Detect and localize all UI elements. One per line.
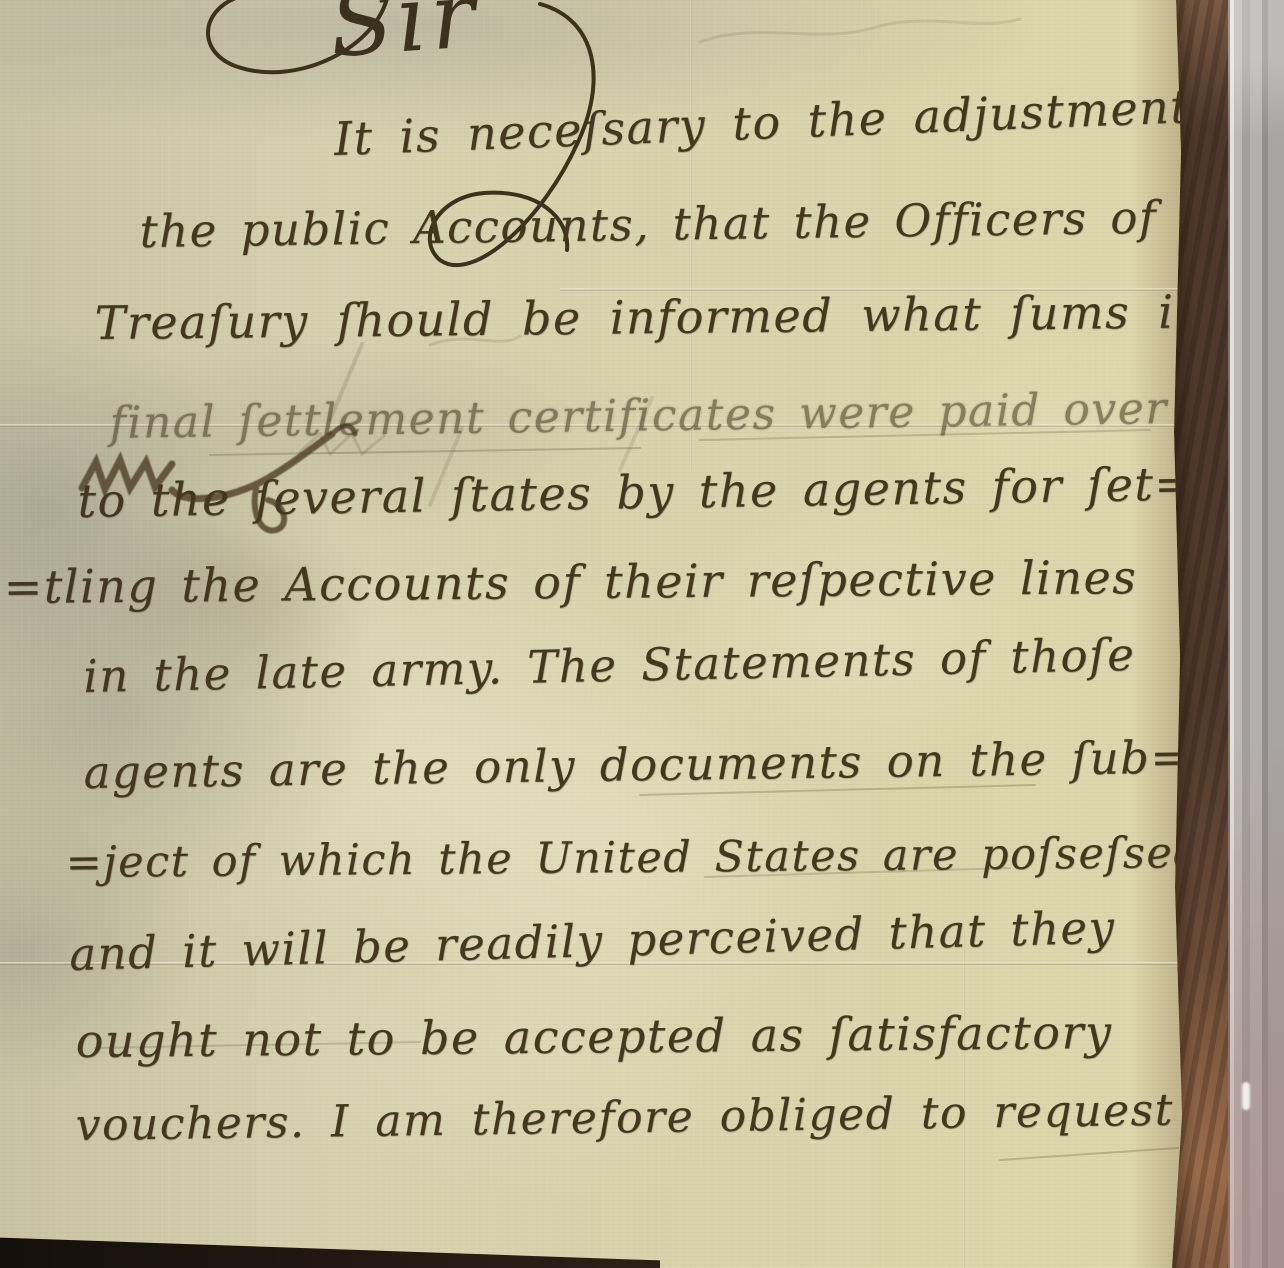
manuscript-line: =tling the Accounts of their reſpective … bbox=[4, 550, 1138, 614]
manuscript-line: =ject of which the United States are poſ… bbox=[66, 828, 1218, 888]
metal-frame-edge bbox=[1228, 0, 1284, 1268]
photo-of-manuscript-letter: Sir It is neceſsary to the adjustment of… bbox=[0, 0, 1284, 1268]
metal-highlight bbox=[1242, 1082, 1250, 1110]
manuscript-line: ought not to be accepted as ſatisfactory bbox=[76, 1005, 1113, 1068]
paper-sheet: Sir It is neceſsary to the adjustment of… bbox=[0, 0, 1184, 1268]
